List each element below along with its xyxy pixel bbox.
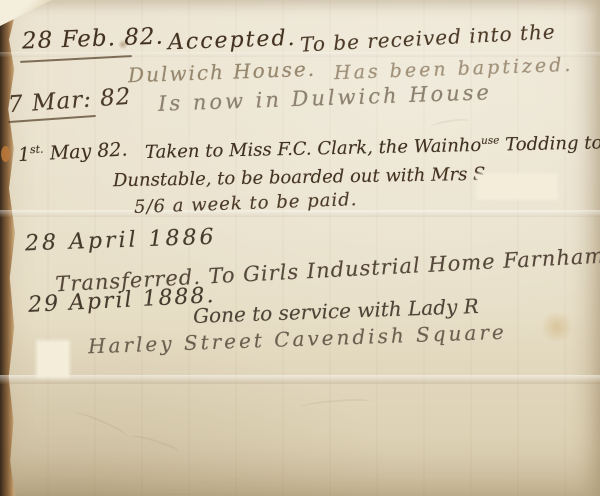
entry5-line2: Harley Street Cavendish Square bbox=[88, 320, 507, 359]
paper-crease bbox=[0, 375, 600, 384]
show-through-mark bbox=[300, 398, 371, 413]
show-through-mark bbox=[130, 433, 181, 458]
entry3-line1b: Todding ton, bbox=[499, 132, 600, 156]
entry1-status: Accepted. bbox=[168, 26, 297, 55]
entry1-line2b: Has been baptized. bbox=[334, 54, 574, 84]
entry2-date: 7 Mar: 82 bbox=[7, 84, 132, 119]
entry3-date: 1st. May 82. bbox=[17, 138, 128, 166]
entry3-date-rest: May 82. bbox=[43, 138, 128, 164]
entry3-line1a: Taken to Miss F.C. Clark, the Wainho bbox=[145, 135, 482, 163]
entry1-line2: Dulwich House. bbox=[128, 57, 317, 88]
show-through-mark bbox=[70, 408, 130, 443]
entry1-date: 28 Feb. 82. bbox=[22, 24, 165, 55]
entry3-line2: Dunstable, to be boarded out with Mrs S bbox=[113, 164, 486, 191]
paper-stain bbox=[540, 312, 574, 342]
entry3-line1: Taken to Miss F.C. Clark, the Wainhouse … bbox=[145, 132, 600, 163]
edge-stain bbox=[1, 146, 10, 162]
entry3-date-ordinal: st. bbox=[30, 143, 44, 157]
entry2-line1: Is now in Dulwich House bbox=[158, 80, 493, 116]
entry4-date: 28 April 1886 bbox=[25, 225, 217, 257]
redaction-patch bbox=[478, 175, 556, 198]
curled-corner bbox=[0, 0, 52, 26]
document-page: 28 Feb. 82. Accepted. To be received int… bbox=[0, 0, 600, 496]
show-through-mark bbox=[429, 117, 470, 132]
entry3-insertion: use bbox=[481, 135, 500, 147]
redaction-patch bbox=[38, 342, 68, 376]
torn-page-edge bbox=[0, 0, 15, 496]
